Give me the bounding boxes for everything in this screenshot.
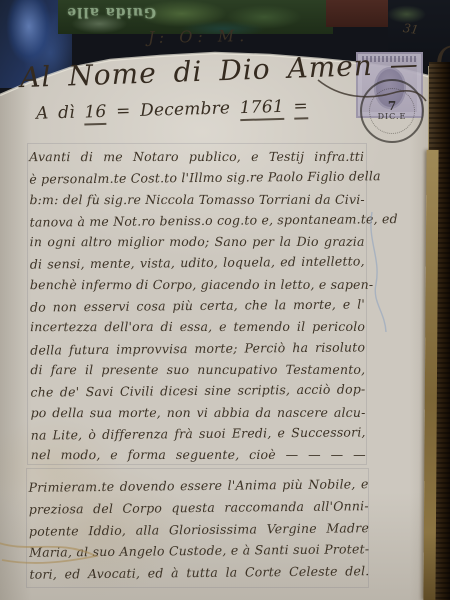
date-equals-1: = <box>116 101 131 121</box>
date-year: 1761 <box>240 97 285 121</box>
manuscript-text-line: na Lite, ò differenza frà suoi Eredi, e … <box>31 421 366 446</box>
manuscript-text-line: tanova à me Not.ro beniss.o cog.to e, sp… <box>29 208 364 233</box>
manuscript-text-line: po della sua morte, non vi abbia da nasc… <box>31 401 366 423</box>
postmark-date-stamp: 7 DIC.E <box>360 79 424 143</box>
second-paragraph: Primieram.te dovendo essere l'Anima più … <box>28 473 369 586</box>
date-prefix: A dì <box>36 103 75 124</box>
first-paragraph: Avanti di me Notaro publico, e Testij in… <box>29 145 366 466</box>
manuscript-text-line: di fare il presente suo nuncupativo Test… <box>30 359 365 381</box>
book-spine-title-upside-down: Guida alle <box>46 4 156 20</box>
manuscript-text-line: preziosa del Corpo questa raccomanda all… <box>29 495 369 520</box>
manuscript-text-line: tori, ed Avocati, ed à tutta la Corte Ce… <box>29 560 369 585</box>
date-equals-2: = <box>293 96 308 119</box>
manuscript-text-line: nel modo, e forma seguente, cioè — — — — <box>31 444 366 466</box>
manuscript-text-line: benchè infermo di Corpo, giacendo in let… <box>30 274 365 296</box>
manuscript-text-line: do non esservi cosa più certa, che la mo… <box>30 293 365 318</box>
date-day: 16 <box>84 102 107 126</box>
manuscript-text-line: b:m: del fù sig.re Niccola Tomasso Torri… <box>29 188 364 210</box>
manuscript-text-line: in ogni altro miglior modo; Sano per la … <box>30 231 365 253</box>
manuscript-text-line: è personalm.te Cost.to l'Illmo sig.re Pa… <box>29 166 364 191</box>
postmark-inner-ring <box>369 88 415 134</box>
background-maroon-book-edge <box>326 0 390 27</box>
invocation-heading: J: O: M. <box>148 26 250 47</box>
manuscript-text-line: Avanti di me Notaro publico, e Testij in… <box>29 146 364 168</box>
manuscript-text-line: della futura improvvisa morte; Perciò ha… <box>30 336 365 361</box>
manuscript-text-line: incertezza dell'ora di essa, e temendo i… <box>30 316 365 338</box>
date-month: Decembre <box>140 98 231 121</box>
title-dash: — <box>389 47 419 81</box>
photo-of-manuscript-page: Guida alle 7 DIC.E 31 J: O: M. Al Nome d… <box>0 0 450 600</box>
folio-page-number: 31 <box>402 21 420 37</box>
manuscript-text-line: di sensi, mente, vista, udito, loquela, … <box>30 251 365 276</box>
manuscript-text-line: che de' Savi Civili dicesi sine scriptis… <box>30 379 365 404</box>
